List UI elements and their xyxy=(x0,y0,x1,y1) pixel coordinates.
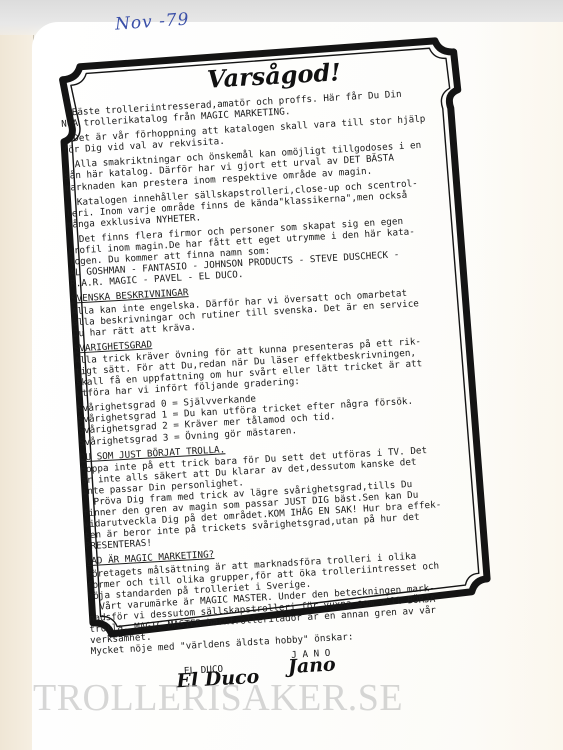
watermark: TROLLERISAKER.SE xyxy=(33,676,463,720)
letter-content: Varsågod! Bäste trolleriintresserad,amat… xyxy=(58,48,523,701)
signature-jano: Jano xyxy=(288,660,336,674)
